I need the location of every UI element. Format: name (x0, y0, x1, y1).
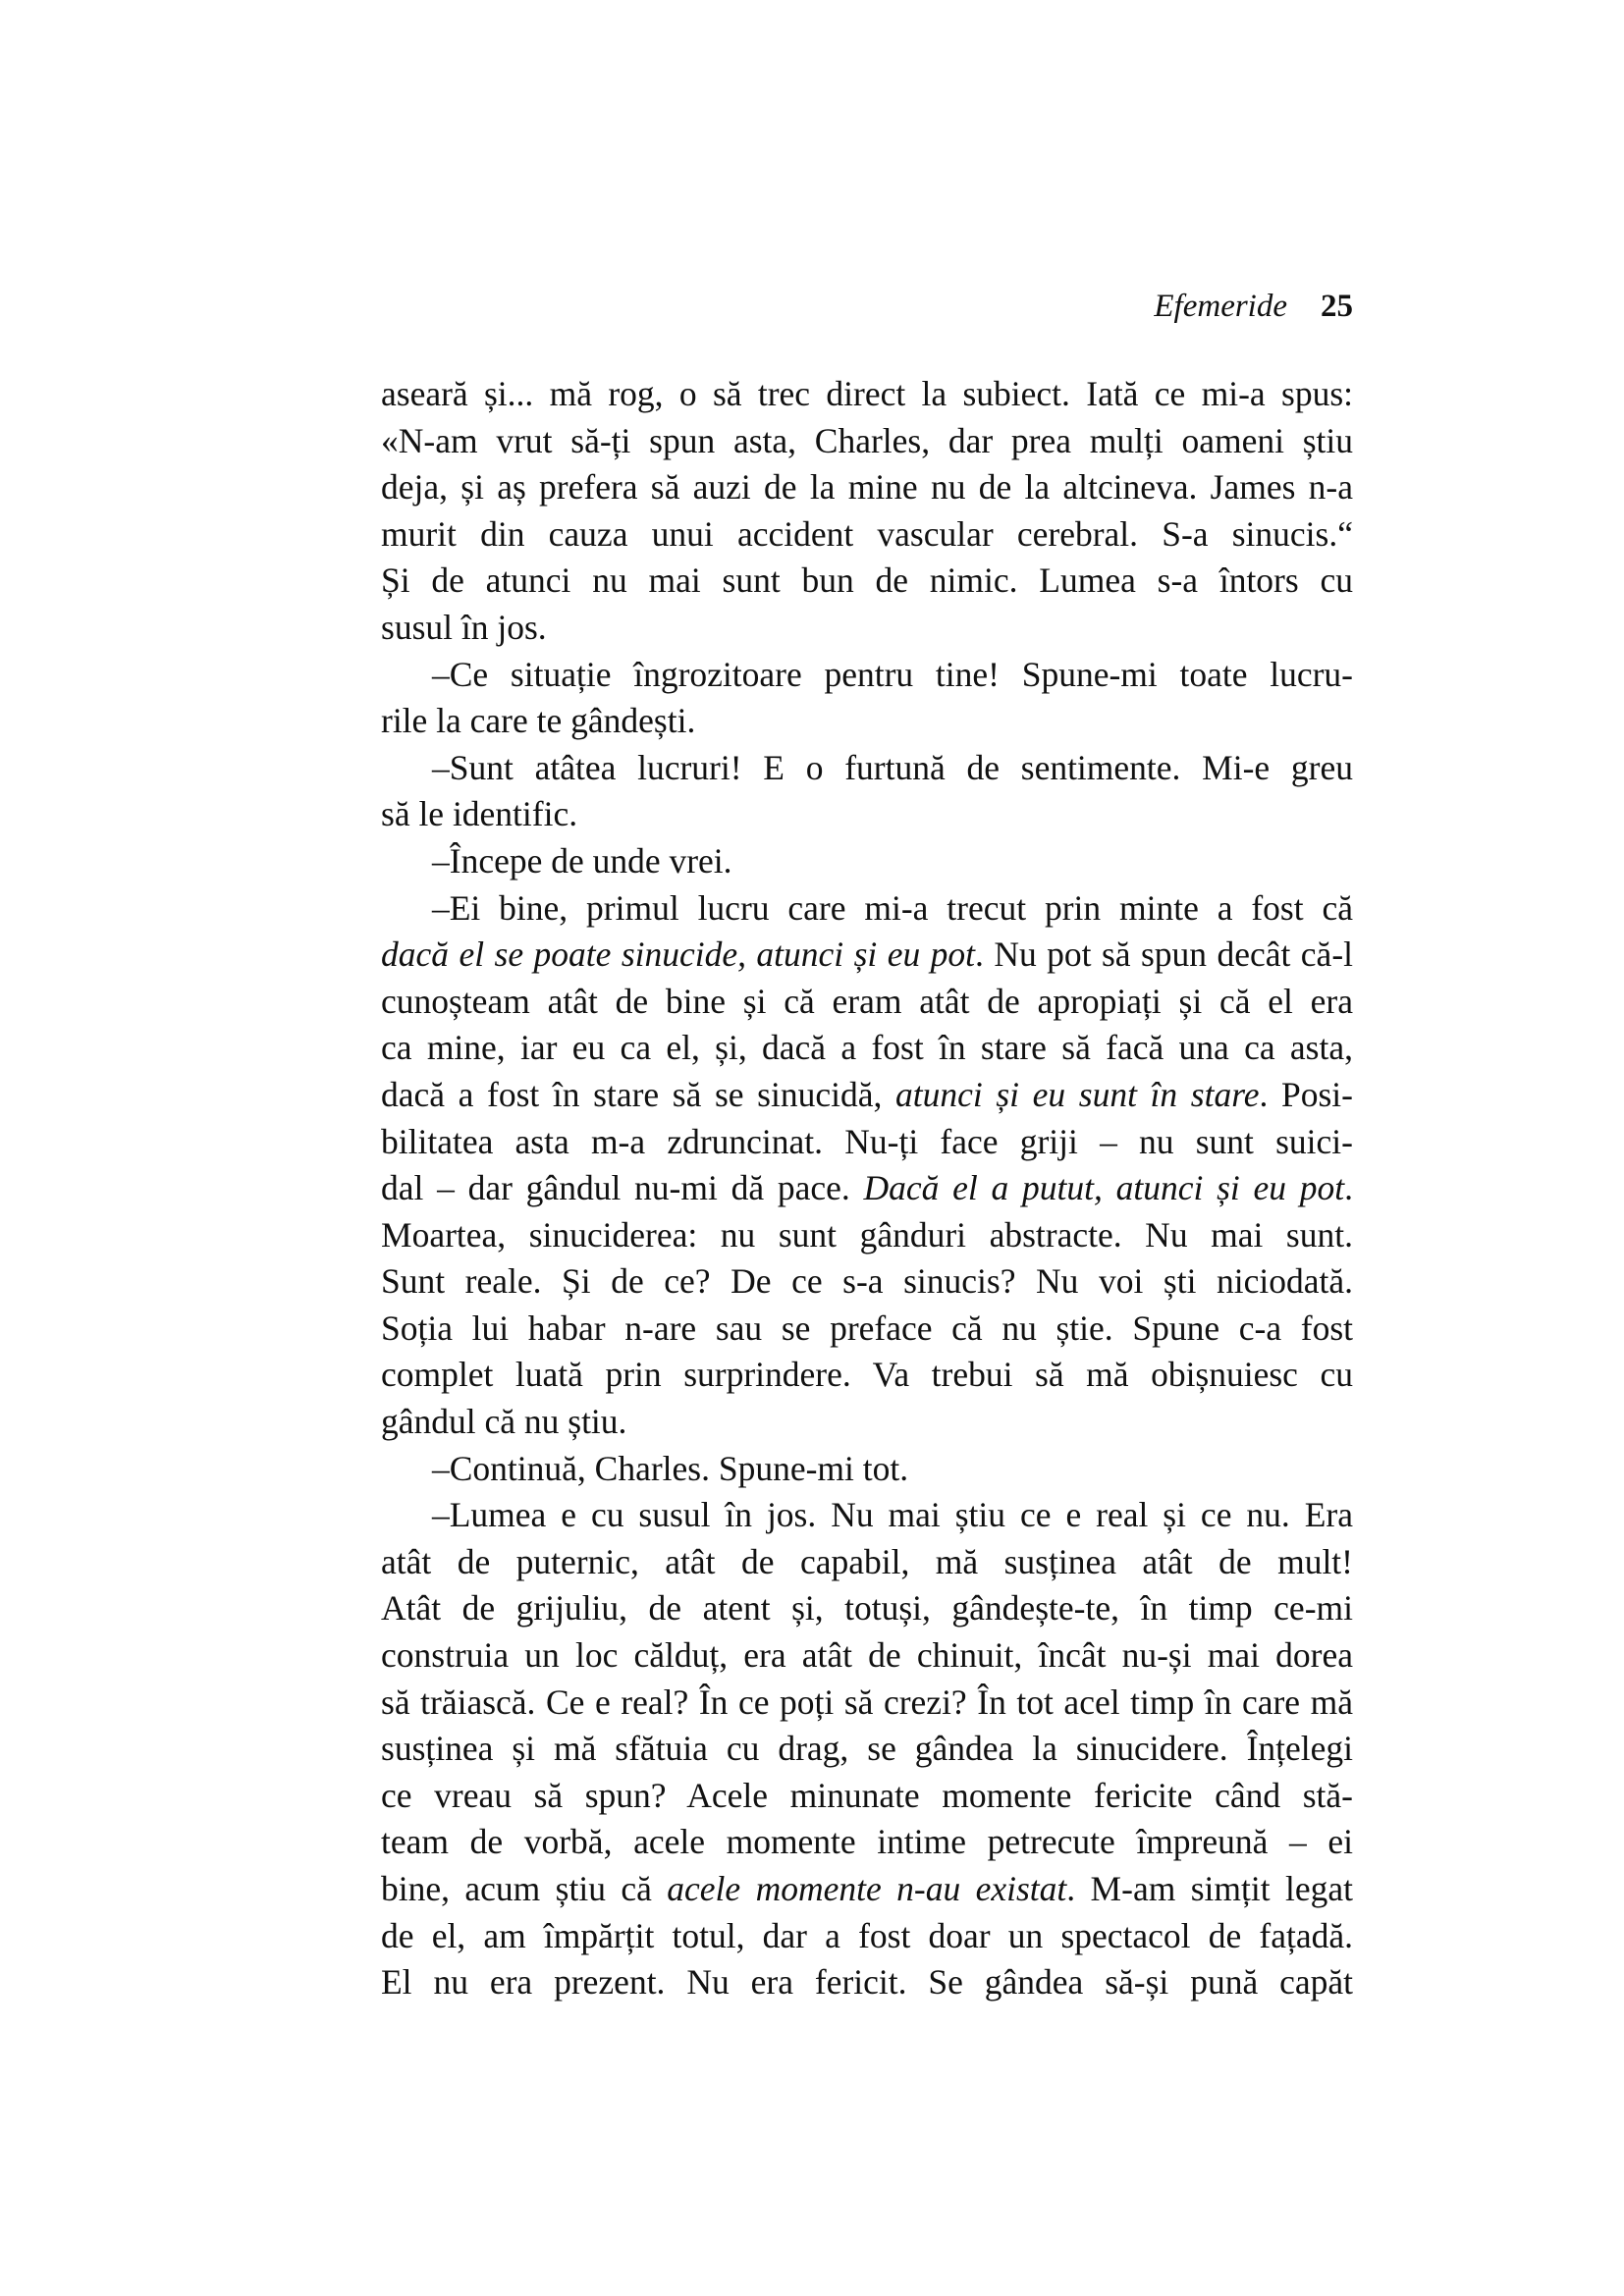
text-line: de el, am împărțit totul, dar a fost doa… (381, 1913, 1353, 1960)
text-line: să le identific. (381, 791, 1353, 838)
text-line: construia un loc călduț, era atât de chi… (381, 1632, 1353, 1680)
emphasis: dacă el se poate sinucide, atunci și eu … (381, 934, 975, 974)
book-page: Efemeride25 aseară și... mă rog, o să tr… (0, 0, 1624, 2296)
text-line: cunoșteam atât de bine și că eram atât d… (381, 979, 1353, 1026)
text-line: bine, acum știu că acele momente n-au ex… (381, 1866, 1353, 1913)
text-line: atât de puternic, atât de capabil, mă su… (381, 1539, 1353, 1586)
page-number: 25 (1321, 289, 1353, 324)
text-line: team de vorbă, acele momente intime petr… (381, 1819, 1353, 1866)
text-line: Atât de grijuliu, de atent și, totuși, g… (381, 1585, 1353, 1632)
text-line: El nu era prezent. Nu era fericit. Se gâ… (381, 1959, 1353, 2006)
text-line: gândul că nu știu. (381, 1399, 1353, 1446)
text-line: Sunt reale. Și de ce? De ce s-a sinucis?… (381, 1258, 1353, 1306)
dialogue-line: –Continuă, Charles. Spune-mi tot. (381, 1446, 1353, 1493)
emphasis: Dacă el a putut, atunci și eu pot (864, 1168, 1345, 1207)
body-text: aseară și... mă rog, o să trec direct la… (381, 371, 1353, 2006)
text-line: deja, și aș prefera să auzi de la mine n… (381, 464, 1353, 511)
text-line: dacă a fost în stare să se sinucidă, atu… (381, 1072, 1353, 1119)
emphasis: atunci și eu sunt în stare (895, 1075, 1260, 1114)
emphasis: acele momente n-au existat (667, 1869, 1066, 1908)
text-line: dal – dar gândul nu-mi dă pace. Dacă el … (381, 1165, 1353, 1212)
text-line: susul în jos. (381, 605, 1353, 652)
text-line: Soția lui habar n-are sau se preface că … (381, 1306, 1353, 1353)
running-head: Efemeride25 (1154, 285, 1353, 328)
text-line: să trăiască. Ce e real? În ce poți să cr… (381, 1680, 1353, 1727)
text-line: complet luată prin surprindere. Va trebu… (381, 1352, 1353, 1399)
dialogue-line: –Începe de unde vrei. (381, 838, 1353, 885)
text-line: dacă el se poate sinucide, atunci și eu … (381, 932, 1353, 979)
text-line: murit din cauza unui accident vascular c… (381, 511, 1353, 559)
dialogue-line: –Ei bine, primul lucru care mi-a trecut … (381, 885, 1353, 933)
text-line: bilitatea asta m-a zdruncinat. Nu-ți fac… (381, 1119, 1353, 1166)
running-head-title: Efemeride (1154, 289, 1287, 324)
text-line: susținea și mă sfătuia cu drag, se gânde… (381, 1726, 1353, 1773)
dialogue-line: –Lumea e cu susul în jos. Nu mai știu ce… (381, 1492, 1353, 1539)
text-line: ca mine, iar eu ca el, și, dacă a fost î… (381, 1025, 1353, 1072)
text-line: rile la care te gândești. (381, 698, 1353, 745)
dialogue-line: –Ce situație îngrozitoare pentru tine! S… (381, 652, 1353, 699)
dialogue-line: –Sunt atâtea lucruri! E o furtună de sen… (381, 745, 1353, 792)
text-line: Moartea, sinuciderea: nu sunt gânduri ab… (381, 1212, 1353, 1259)
text-line: ce vreau să spun? Acele minunate momente… (381, 1773, 1353, 1820)
text-line: Și de atunci nu mai sunt bun de nimic. L… (381, 558, 1353, 605)
text-line: aseară și... mă rog, o să trec direct la… (381, 371, 1353, 418)
text-line: «N-am vrut să-ți spun asta, Charles, dar… (381, 418, 1353, 465)
